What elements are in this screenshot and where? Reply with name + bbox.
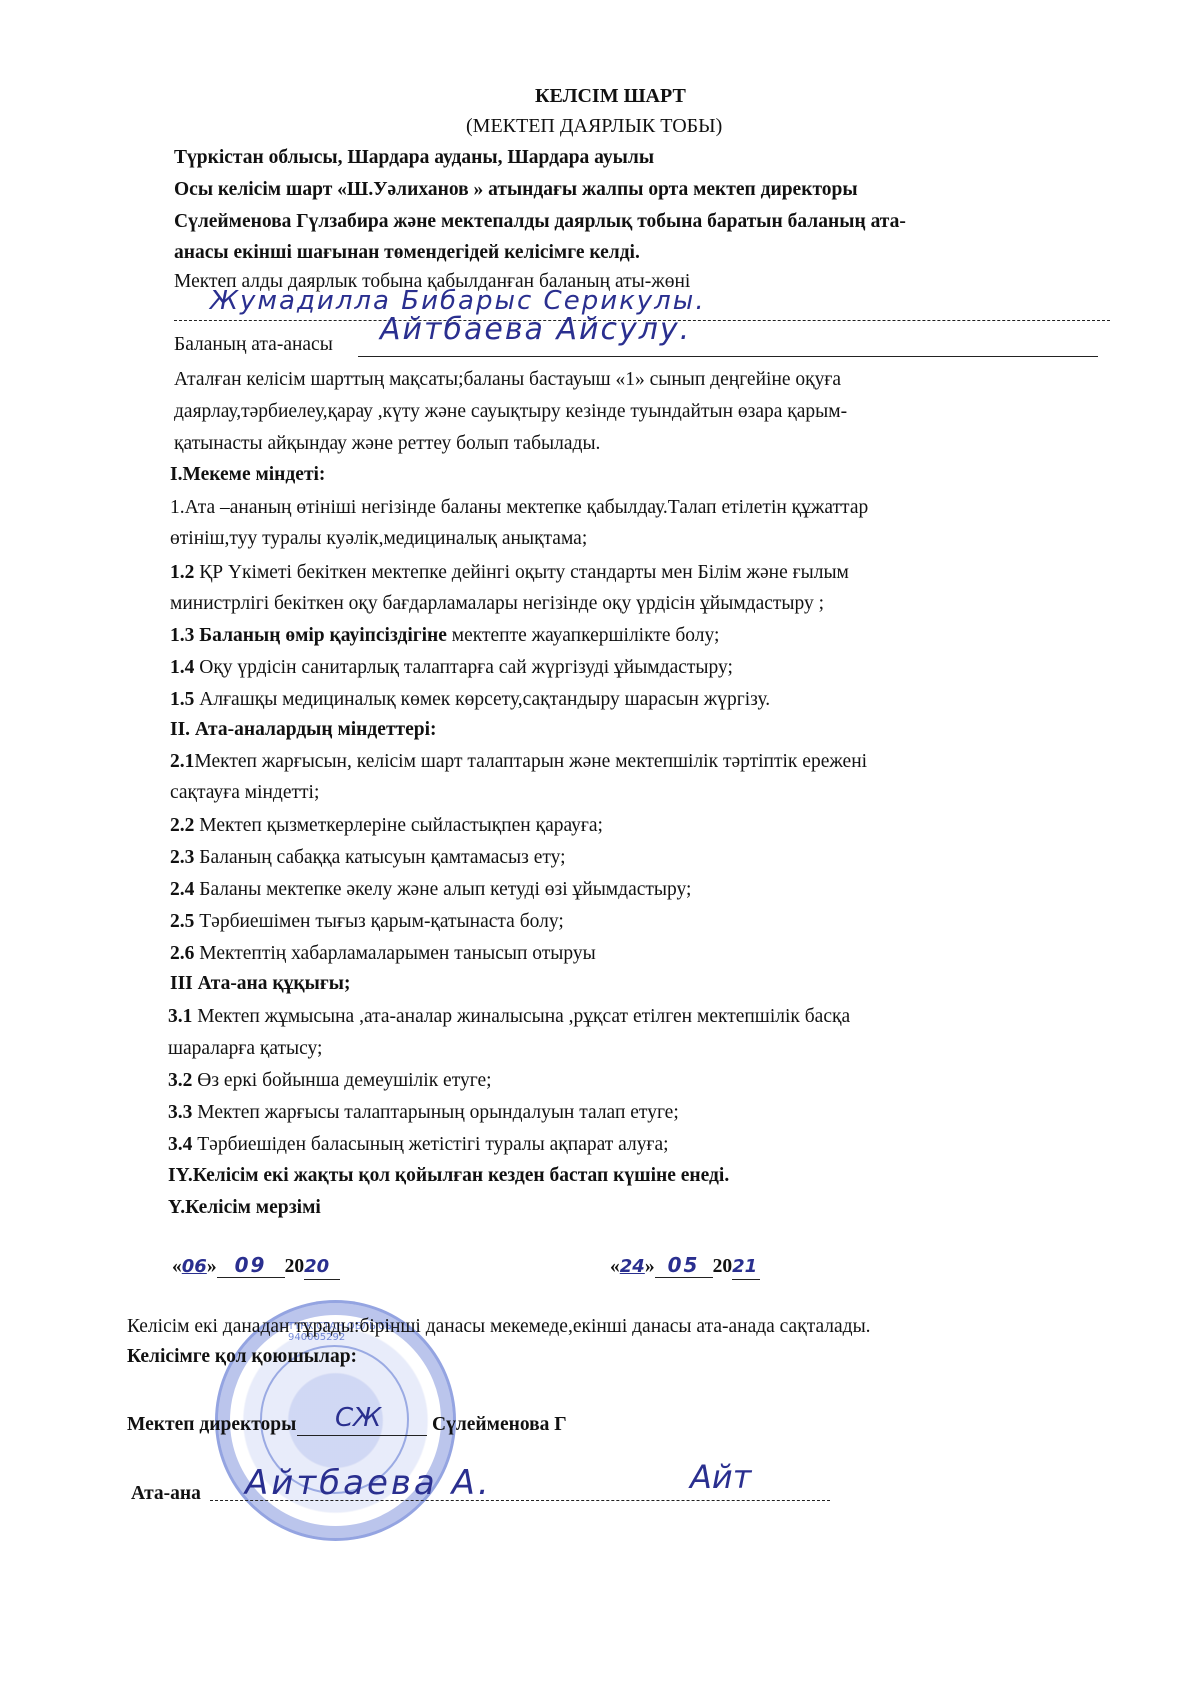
- director-label: Мектеп директоры: [127, 1413, 296, 1437]
- section2-item-1b: сақтауға міндетті;: [170, 781, 319, 805]
- parent-name-handwritten: Айтбаева Айсулу.: [380, 318, 691, 342]
- parent-name-field-line: [358, 356, 1098, 357]
- section4-statement: IY.Келісім екі жақты қол қойылған кезден…: [168, 1164, 729, 1188]
- section3-item-4: 3.4 Тәрбиешіден баласының жетістігі тура…: [168, 1133, 669, 1157]
- section3-item-2: 3.2 Өз еркі бойынша демеушілік етуге;: [168, 1069, 492, 1093]
- section2-item-4: 2.4 Баланы мектепке әкелу және алып кету…: [170, 878, 691, 902]
- start-date: «06»092020: [172, 1253, 340, 1280]
- intro-line-2: Сүлейменова Гүлзабира және мектепалды да…: [174, 210, 906, 234]
- location-line: Түркістан облысы, Шардара ауданы, Шардар…: [174, 146, 654, 170]
- section2-item-5: 2.5 Тәрбиешімен тығыз қарым-қатынаста бо…: [170, 910, 564, 934]
- copies-note: Келісім екі данадан тұрады:бірінші данас…: [127, 1315, 871, 1339]
- section2-item-1a: 2.1Мектеп жарғысын, келісім шарт талапта…: [170, 750, 867, 774]
- section1-item-2a: 1.2 ҚР Үкіметі бекіткен мектепке дейінгі…: [170, 561, 849, 585]
- section1-item-3: 1.3 Баланың өмір қауіпсіздігіне мектепте…: [170, 624, 719, 648]
- child-name-handwritten: Жумадилла Бибарыс Серикулы.: [210, 289, 706, 313]
- section2-item-2: 2.2 Мектеп қызметкерлеріне сыйластықпен …: [170, 814, 603, 838]
- purpose-line-1: Аталған келісім шарттың мақсаты;баланы б…: [174, 368, 841, 392]
- section1-heading: I.Мекеме міндеті:: [170, 463, 325, 487]
- parent-signature-mark: Айт: [690, 1458, 751, 1496]
- section2-item-3: 2.3 Баланың сабаққа катысуын қамтамасыз …: [170, 846, 566, 870]
- intro-line-1: Осы келісім шарт «Ш.Уәлиханов » атындағы…: [174, 178, 858, 202]
- section1-item-2b: министрлігі бекіткен оқу бағдарламалары …: [170, 592, 824, 616]
- purpose-line-3: қатынасты айқындау және реттеу болып таб…: [174, 432, 600, 456]
- director-signature: СЖ: [335, 1403, 381, 1433]
- section1-item-1a: 1.Ата –ананың өтініші негізінде баланы м…: [170, 496, 868, 520]
- section2-item-6: 2.6 Мектептің хабарламаларымен танысып о…: [170, 942, 596, 966]
- parent-signature: Айтбаева А.: [245, 1463, 492, 1503]
- document-title: КЕЛСІМ ШАРТ: [535, 84, 686, 108]
- director-name: Сүлейменова Г: [432, 1413, 567, 1437]
- intro-line-3: анасы екінші шағынан төмендегідей келісі…: [174, 241, 640, 265]
- section1-item-1b: өтініш,туу туралы куәлік,медициналық аны…: [170, 527, 587, 551]
- section3-heading: III Ата-ана құқығы;: [170, 972, 350, 996]
- director-signature-line: [297, 1435, 427, 1436]
- document-subtitle: (МЕКТЕП ДАЯРЛЫК ТОБЫ): [466, 114, 722, 138]
- section1-item-5: 1.5 Алғашқы медициналық көмек көрсету,са…: [170, 688, 770, 712]
- end-date: «24»052021: [610, 1253, 760, 1280]
- parent-sign-label: Ата-ана: [131, 1482, 201, 1506]
- section2-heading: II. Ата-аналардың міндеттері:: [170, 718, 437, 742]
- contract-page: КЕЛСІМ ШАРТ (МЕКТЕП ДАЯРЛЫК ТОБЫ) Түркіс…: [0, 0, 1190, 1683]
- section3-item-1b: шараларға қатысу;: [168, 1037, 322, 1061]
- purpose-line-2: даярлау,тәрбиелеу,қарау ,күту және сауық…: [174, 400, 847, 424]
- section5-heading: Y.Келісім мерзімі: [168, 1196, 321, 1220]
- section1-item-4: 1.4 Оқу үрдісін санитарлық талаптарға са…: [170, 656, 733, 680]
- parent-name-label: Баланың ата-анасы: [174, 333, 333, 357]
- section3-item-1a: 3.1 Мектеп жұмысына ,ата-аналар жиналысы…: [168, 1005, 850, 1029]
- section3-item-3: 3.3 Мектеп жарғысы талаптарының орындалу…: [168, 1101, 679, 1125]
- signers-heading: Келісімге қол қоюшылар:: [127, 1345, 357, 1369]
